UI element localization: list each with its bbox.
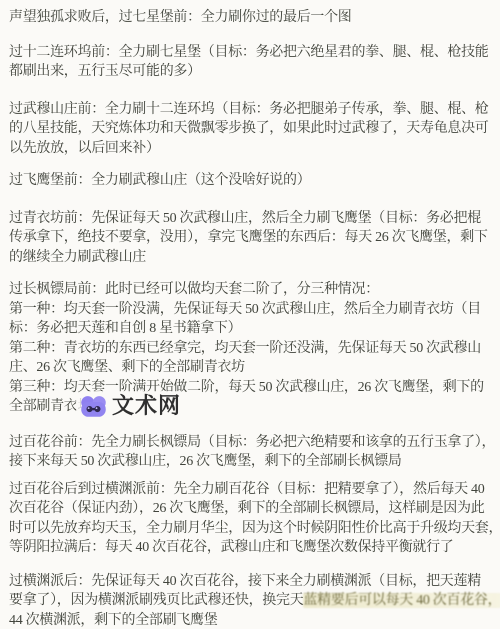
text-line: 第一种：均天套一阶没满，先保证每天 50 次武穆山庄，然后全力刷青衣坊（目 <box>9 300 496 320</box>
text-line: 过青衣坊前：先保证每天 50 次武穆山庄，然后全力刷飞鹰堡（目标：务必把棍 <box>9 209 496 229</box>
text-segment: 过百花谷前：先全力刷长枫镖局（目标：务必把六绝精要和该拿的五行玉拿了）， <box>9 435 495 450</box>
text-segment: 庄、26 次飞鹰堡、剩下的全部刷青衣坊 <box>9 360 245 375</box>
text-segment: 过横渊派后：先保证每天 40 次百花谷，接下来全力刷横渊派（目标，把天莲精 <box>9 574 481 589</box>
paragraph: 过青衣坊前：先保证每天 50 次武穆山庄，然后全力刷飞鹰堡（目标：务必把棍传承拿… <box>9 209 496 268</box>
text-segment: 过青衣坊前：先保证每天 50 次武穆山庄，然后全力刷飞鹰堡（目标：务必把棍 <box>9 211 481 226</box>
text-segment: 过武穆山庄前：全力刷十二连环坞（目标：务必把腿弟子传承，拳、腿、棍、枪 <box>9 102 489 117</box>
text-line: 过横渊派后：先保证每天 40 次百花谷，接下来全力刷横渊派（目标，把天莲精 <box>9 572 496 592</box>
text-line: 的继续全力刷武穆山庄 <box>9 248 496 268</box>
text-segment: 的继续全力刷武穆山庄 <box>9 250 146 265</box>
text-segment: 的八星技能，天究炼体功和天微飘零步换了，如果此时过武穆了，天寿龟息决可 <box>9 121 489 136</box>
text-segment: 以先放放，以后回来补） <box>9 141 160 156</box>
text-line: 44 次横渊派，剩下的全部刷飞鹰堡 <box>9 611 496 629</box>
text-segment: 都刷出来，五行玉尽可能的多） <box>9 64 201 79</box>
paragraph: 过武穆山庄前：全力刷十二连环坞（目标：务必把腿弟子传承，拳、腿、棍、枪的八星技能… <box>9 100 496 159</box>
text-line: 以先放放，以后回来补） <box>9 139 496 159</box>
text-line: 过飞鹰堡前：全力刷武穆山庄（这个没啥好说的） <box>9 171 496 191</box>
text-line: 要拿了），因为横渊派刷残页比武穆还快，换完天蓝精要后可以每天 40 次百花谷， <box>9 591 496 611</box>
text-line: 标：务必把天莲和自创 8 星书籍拿下） <box>9 319 496 339</box>
text-line: 过百花谷前：先全力刷长枫镖局（目标：务必把六绝精要和该拿的五行玉拿了）， <box>9 433 496 453</box>
text-line: 次百花谷（保证内劲），26 次飞鹰堡，剩下的全部刷长枫镖局，这样刷是因为此 <box>9 499 496 519</box>
text-line: 声望独孤求败后，过七星堡前：全力刷你过的最后一个图 <box>9 8 496 28</box>
text-line: 第二种：青衣坊的东西已经拿完，均天套一阶还没满，先保证每天 50 次武穆山 <box>9 339 496 359</box>
text-segment: 过十二连环坞前：全力刷七星堡（目标：务必把六绝星君的拳、腿、棍、枪技能 <box>9 45 489 60</box>
paragraph: 过百花谷后到过横渊派前：先全力刷百花谷（目标：把精要拿了），然后每天 40次百花… <box>9 480 496 558</box>
text-segment: 传承拿下，绝技不要拿，没用），拿完飞鹰堡的东西后：每天 26 次飞鹰堡，剩下 <box>9 230 488 245</box>
wenshuwang-mascot-icon <box>80 393 107 419</box>
paragraph: 声望独孤求败后，过七星堡前：全力刷你过的最后一个图 <box>9 8 496 28</box>
text-segment: 第一种：均天套一阶没满，先保证每天 50 次武穆山庄，然后全力刷青衣坊（目 <box>9 302 481 317</box>
guide-text-body: 声望独孤求败后，过七星堡前：全力刷你过的最后一个图过十二连环坞前：全力刷七星堡（… <box>0 0 500 629</box>
text-line: 过百花谷后到过横渊派前：先全力刷百花谷（目标：把精要拿了），然后每天 40 <box>9 480 496 500</box>
text-segment: 44 次横渊派，剩下的全部刷飞鹰堡 <box>9 613 217 628</box>
text-segment: 时可以先放弃均天玉，全力刷月华尘，因为这个时候阴阳性价比高于升级均天套， <box>9 521 500 536</box>
text-line: 过长枫镖局前：此时已经可以做均天套二阶了，分三种情况： <box>9 280 496 300</box>
watermark: 文术网 <box>76 391 188 422</box>
text-line: 过武穆山庄前：全力刷十二连环坞（目标：务必把腿弟子传承，拳、腿、棍、枪 <box>9 100 496 120</box>
text-segment: 第二种：青衣坊的东西已经拿完，均天套一阶还没满，先保证每天 50 次武穆山 <box>9 341 481 356</box>
text-line: 庄、26 次飞鹰堡、剩下的全部刷青衣坊 <box>9 358 496 378</box>
smudged-text-segment: 蓝精要后可以每天 40 次百花谷， <box>303 593 500 608</box>
text-line: 传承拿下，绝技不要拿，没用），拿完飞鹰堡的东西后：每天 26 次飞鹰堡，剩下 <box>9 228 496 248</box>
paragraph: 过横渊派后：先保证每天 40 次百花谷，接下来全力刷横渊派（目标，把天莲精要拿了… <box>9 572 496 629</box>
text-segment: 声望独孤求败后，过七星堡前：全力刷你过的最后一个图 <box>9 10 352 25</box>
text-segment: 过百花谷后到过横渊派前：先全力刷百花谷（目标：把精要拿了），然后每天 40 <box>9 482 484 497</box>
text-segment: 过长枫镖局前：此时已经可以做均天套二阶了，分三种情况： <box>9 282 379 297</box>
screenshot-page: { "page": { "background_color": "#fbfaf7… <box>0 0 500 629</box>
text-line: 等阴阳拉满后：每天 40 次百花谷，武穆山庄和飞鹰堡次数保持平衡就行了 <box>9 538 496 558</box>
paragraph: 过十二连环坞前：全力刷七星堡（目标：务必把六绝星君的拳、腿、棍、枪技能都刷出来，… <box>9 43 496 82</box>
text-segment: 过飞鹰堡前：全力刷武穆山庄（这个没啥好说的） <box>9 173 310 188</box>
text-segment: 标：务必把天莲和自创 8 星书籍拿下） <box>9 321 241 336</box>
paragraph: 过飞鹰堡前：全力刷武穆山庄（这个没啥好说的） <box>9 171 496 191</box>
text-segment: 次百花谷（保证内劲），26 次飞鹰堡，剩下的全部刷长枫镖局，这样刷是因为此 <box>9 501 484 516</box>
text-line: 接下来每天 50 次武穆山庄，26 次飞鹰堡，剩下的全部刷长枫镖局 <box>9 452 496 472</box>
text-line: 时可以先放弃均天玉，全力刷月华尘，因为这个时候阴阳性价比高于升级均天套， <box>9 519 496 539</box>
text-line: 都刷出来，五行玉尽可能的多） <box>9 62 496 82</box>
watermark-label: 文术网 <box>112 393 181 419</box>
text-line: 过十二连环坞前：全力刷七星堡（目标：务必把六绝星君的拳、腿、棍、枪技能 <box>9 43 496 63</box>
text-segment: 等阴阳拉满后：每天 40 次百花谷，武穆山庄和飞鹰堡次数保持平衡就行了 <box>9 540 454 555</box>
text-segment: 接下来每天 50 次武穆山庄，26 次飞鹰堡，剩下的全部刷长枫镖局 <box>9 454 402 469</box>
text-line: 的八星技能，天究炼体功和天微飘零步换了，如果此时过武穆了，天寿龟息决可 <box>9 119 496 139</box>
paragraph: 过百花谷前：先全力刷长枫镖局（目标：务必把六绝精要和该拿的五行玉拿了），接下来每… <box>9 433 496 472</box>
text-segment: 要拿了），因为横渊派刷残页比武穆还快，换完天 <box>9 593 303 608</box>
